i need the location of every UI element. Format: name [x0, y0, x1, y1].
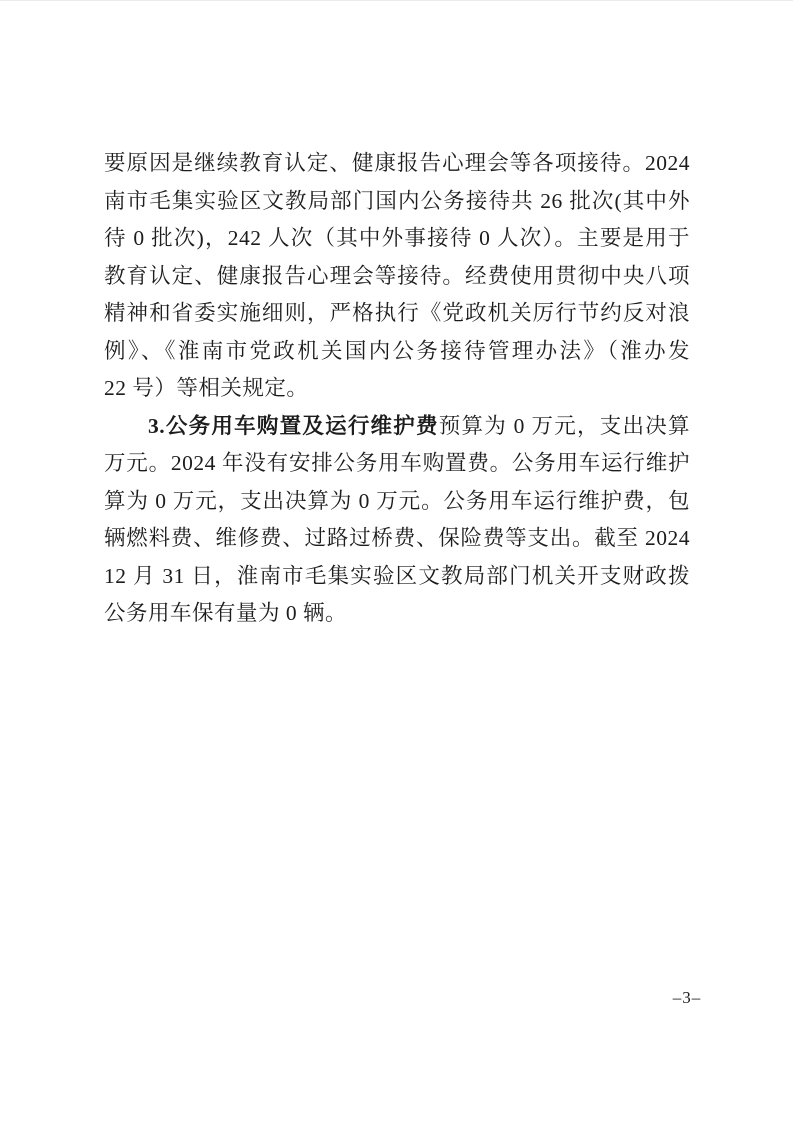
- text-line: 精神和省委实施细则，严格执行《党政机关厉行节约反对浪费条: [104, 295, 690, 333]
- paragraph-official-vehicle: 3.公务用车购置及运行维护费预算为 0 万元，支出决算为 0 万元。2024 年…: [104, 408, 690, 633]
- paragraph-official-reception: 要原因是继续教育认定、健康报告心理会等各项接待。2024 年淮 南市毛集实验区文…: [104, 145, 690, 408]
- text-line: 教育认定、健康报告心理会等接待。经费使用贯彻中央八项规定: [104, 258, 690, 296]
- page-number: –3–: [652, 988, 722, 1008]
- text-line: 12 月 31 日，淮南市毛集实验区文教局部门机关开支财政拨款的: [104, 558, 690, 596]
- text-line: 要原因是继续教育认定、健康报告心理会等各项接待。2024 年淮: [104, 145, 690, 183]
- document-page: 要原因是继续教育认定、健康报告心理会等各项接待。2024 年淮 南市毛集实验区文…: [0, 0, 793, 1123]
- document-body-text: 要原因是继续教育认定、健康报告心理会等各项接待。2024 年淮 南市毛集实验区文…: [104, 145, 690, 633]
- text-line: 待 0 批次)，242 人次（其中外事接待 0 人次）。主要是用于继续: [104, 220, 690, 258]
- text-line: 公务用车保有量为 0 辆。: [104, 595, 690, 633]
- vehicle-heading-bold-run: 3.公务用车购置及运行维护费: [148, 414, 439, 438]
- text-line: 万元。2024 年没有安排公务用车购置费。公务用车运行维护费预: [104, 445, 690, 483]
- text-line: 辆燃料费、维修费、过路过桥费、保险费等支出。截至 2024 年: [104, 520, 690, 558]
- text-line: 算为 0 万元，支出决算为 0 万元。公务用车运行维护费，包括车: [104, 483, 690, 521]
- text-line: 3.公务用车购置及运行维护费预算为 0 万元，支出决算为 0: [104, 408, 690, 446]
- text-line: 南市毛集实验区文教局部门国内公务接待共 26 批次(其中外事接: [104, 183, 690, 221]
- text-line: 22 号）等相关规定。: [104, 370, 690, 408]
- text-line: 例》、《淮南市党政机关国内公务接待管理办法》（淮办发〔2024〕: [104, 333, 690, 371]
